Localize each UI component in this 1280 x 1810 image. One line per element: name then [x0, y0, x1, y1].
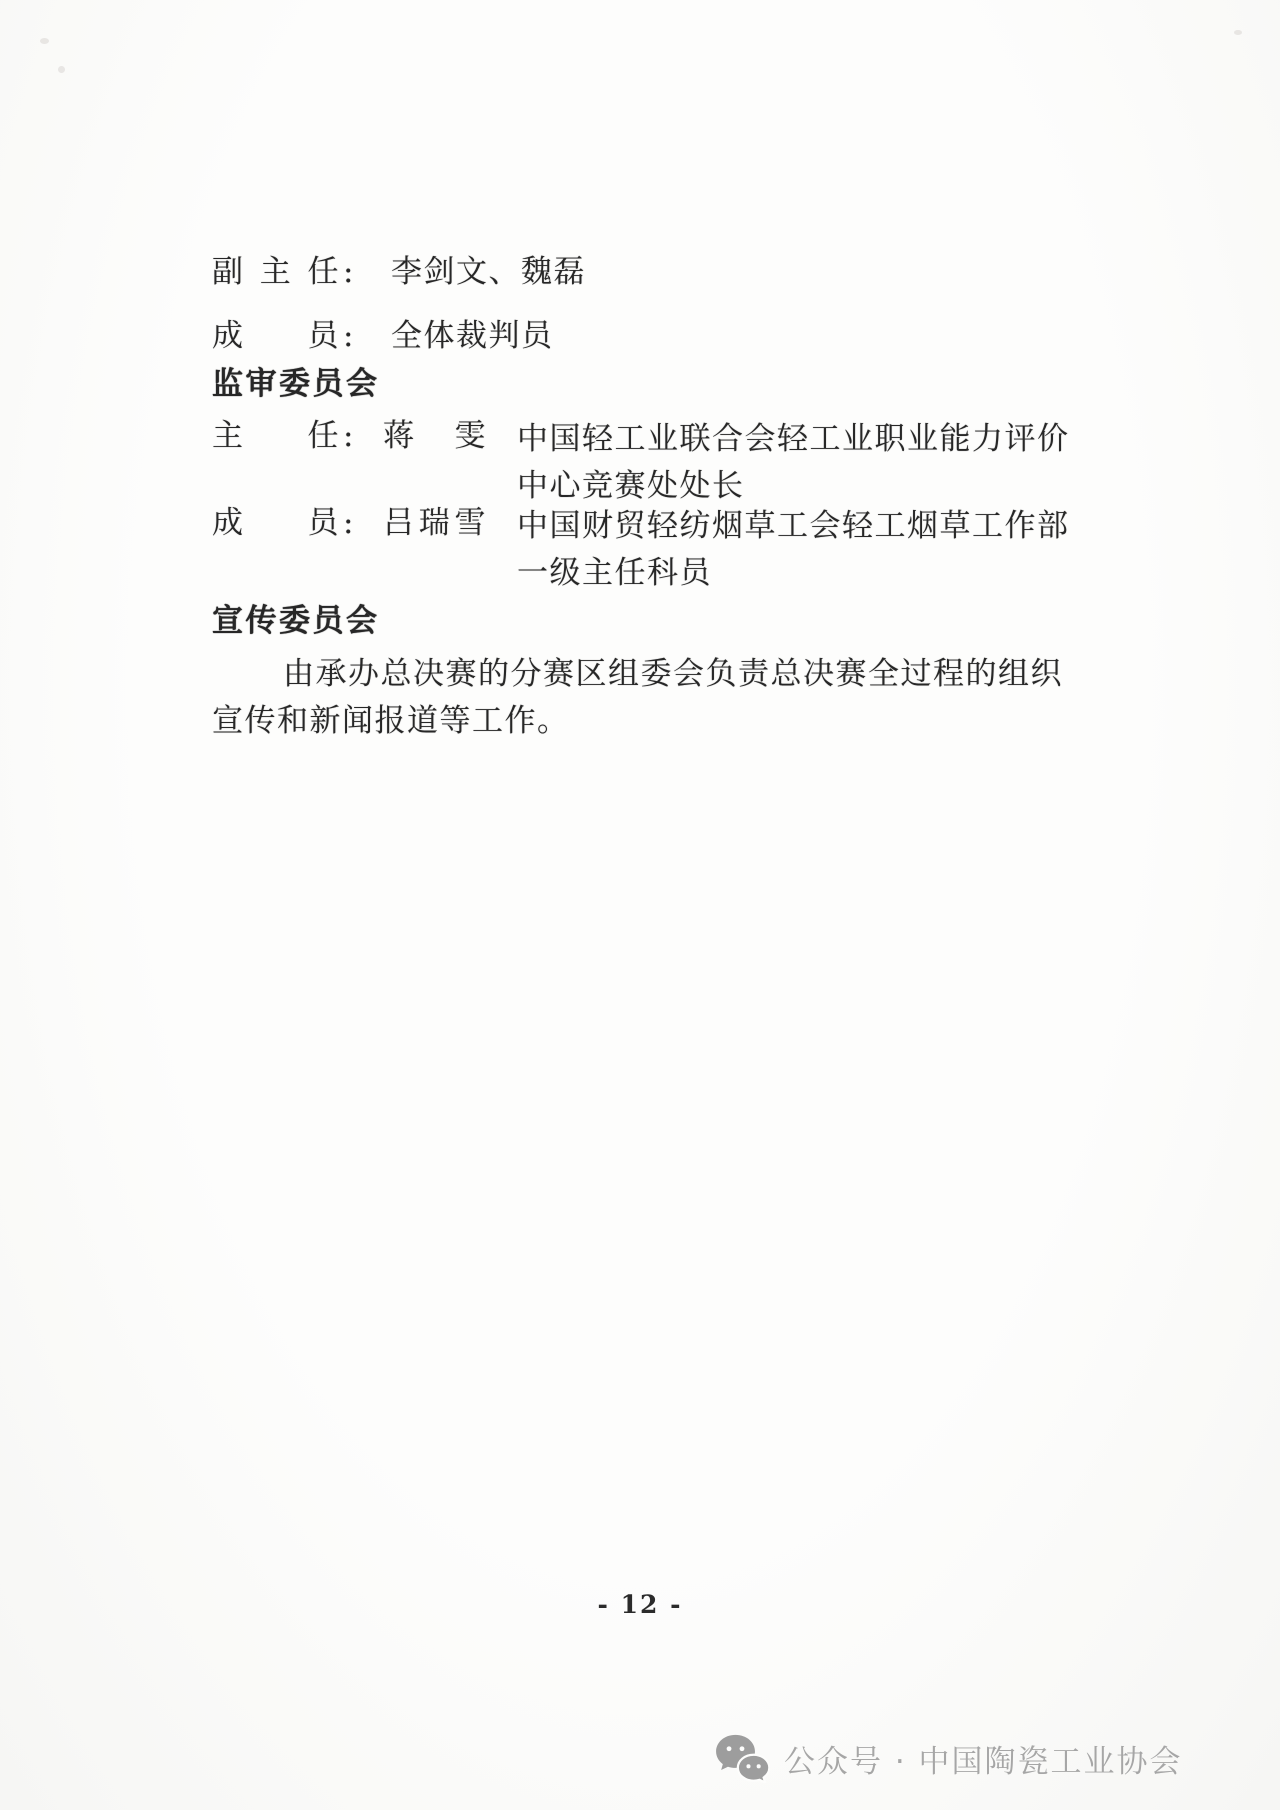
label-colon: : — [343, 416, 355, 456]
member-names: 李剑文、魏磊 — [391, 252, 586, 292]
page-number: - 12 - — [0, 1590, 1280, 1619]
scan-speckle — [1234, 30, 1242, 35]
member-title: 中国财贸轻纺烟草工会轻工烟草工作部 一级主任科员 — [517, 503, 1070, 597]
member-title-line: 中国轻工业联合会轻工业职业能力评价 — [517, 416, 1070, 463]
section-heading-publicity: 宣传委员会 — [212, 601, 380, 641]
role-label-chars: 副主任 — [212, 252, 340, 292]
role-label-chars: 成员 — [212, 316, 340, 356]
watermark: 公众号 · 中国陶瓷工业协会 — [714, 1733, 1183, 1783]
scan-speckle — [58, 66, 65, 73]
publicity-paragraph-line-1: 由承办总决赛的分赛区组委会负责总决赛全过程的组织 — [283, 654, 1063, 694]
document-page: 副主任 : 李剑文、魏磊 成员 : 全体裁判员 监审委员会 主任 : 蒋雯 中国… — [0, 0, 1280, 1810]
supervision-row-member: 成员 : 吕瑞雪 中国财贸轻纺烟草工会轻工烟草工作部 一级主任科员 — [212, 503, 1069, 597]
roster-row-deputy-director: 副主任 : 李剑文、魏磊 — [212, 252, 586, 292]
label-colon: : — [343, 503, 355, 543]
member-title: 中国轻工业联合会轻工业职业能力评价 中心竞赛处处长 — [517, 416, 1070, 510]
role-label: 成员 : — [212, 316, 355, 356]
member-names: 全体裁判员 — [391, 316, 554, 356]
role-label-chars: 成员 — [212, 503, 340, 543]
label-colon: : — [343, 316, 355, 356]
member-title-line: 一级主任科员 — [517, 550, 1070, 597]
watermark-text: 公众号 · 中国陶瓷工业协会 — [784, 1736, 1183, 1781]
member-title-line: 中国财贸轻纺烟草工会轻工烟草工作部 — [517, 503, 1070, 550]
member-name: 蒋雯 — [383, 416, 487, 456]
role-label: 主任 : — [212, 416, 355, 456]
roster-row-members: 成员 : 全体裁判员 — [212, 316, 553, 356]
supervision-row-director: 主任 : 蒋雯 中国轻工业联合会轻工业职业能力评价 中心竞赛处处长 — [212, 416, 1069, 510]
role-label-chars: 主任 — [212, 416, 340, 456]
publicity-paragraph-line-2: 宣传和新闻报道等工作。 — [212, 701, 570, 741]
role-label: 副主任 : — [212, 252, 355, 292]
role-label: 成员 : — [212, 503, 355, 543]
section-heading-supervision: 监审委员会 — [212, 364, 380, 404]
label-colon: : — [343, 252, 355, 292]
scan-speckle — [40, 38, 49, 44]
member-name: 吕瑞雪 — [383, 503, 487, 543]
wechat-icon — [714, 1733, 770, 1783]
